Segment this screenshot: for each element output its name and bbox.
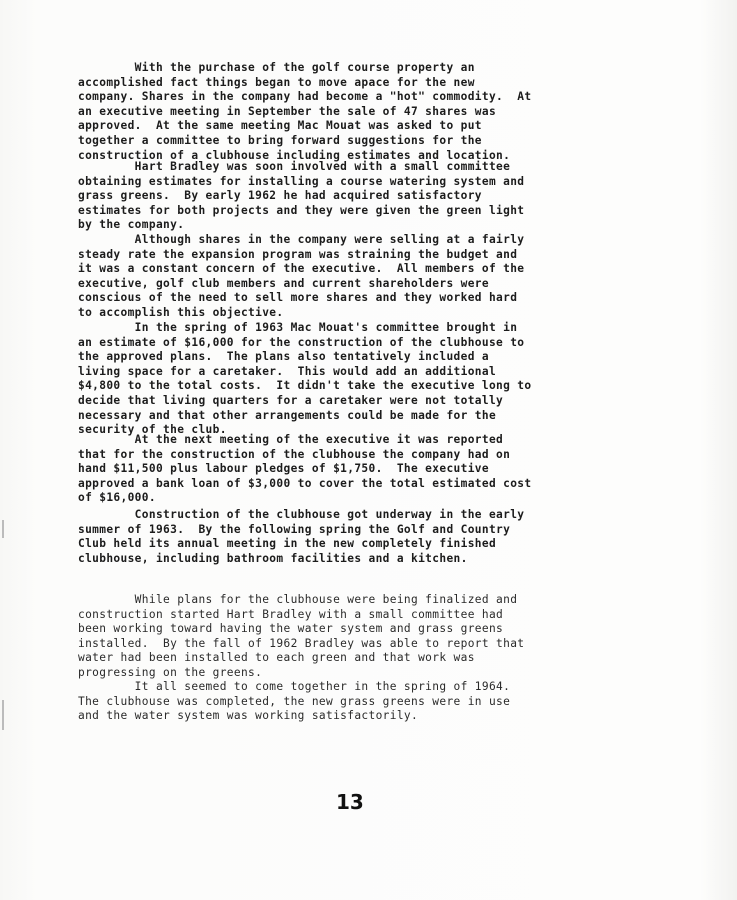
paragraph-6: Construction of the clubhouse got underw… bbox=[78, 508, 524, 566]
page-number: 13 bbox=[336, 790, 364, 814]
paragraph-8: It all seemed to come together in the sp… bbox=[78, 680, 510, 724]
scan-artifact bbox=[2, 700, 4, 730]
scan-artifact bbox=[2, 520, 4, 538]
scanned-page: With the purchase of the golf course pro… bbox=[0, 0, 737, 900]
paragraph-4: In the spring of 1963 Mac Mouat's commit… bbox=[78, 321, 531, 438]
paragraph-5: At the next meeting of the executive it … bbox=[78, 433, 531, 506]
paragraph-3: Although shares in the company were sell… bbox=[78, 233, 524, 321]
paragraph-2: Hart Bradley was soon involved with a sm… bbox=[78, 160, 524, 233]
paragraph-7: While plans for the clubhouse were being… bbox=[78, 593, 524, 681]
paragraph-1: With the purchase of the golf course pro… bbox=[78, 61, 531, 163]
